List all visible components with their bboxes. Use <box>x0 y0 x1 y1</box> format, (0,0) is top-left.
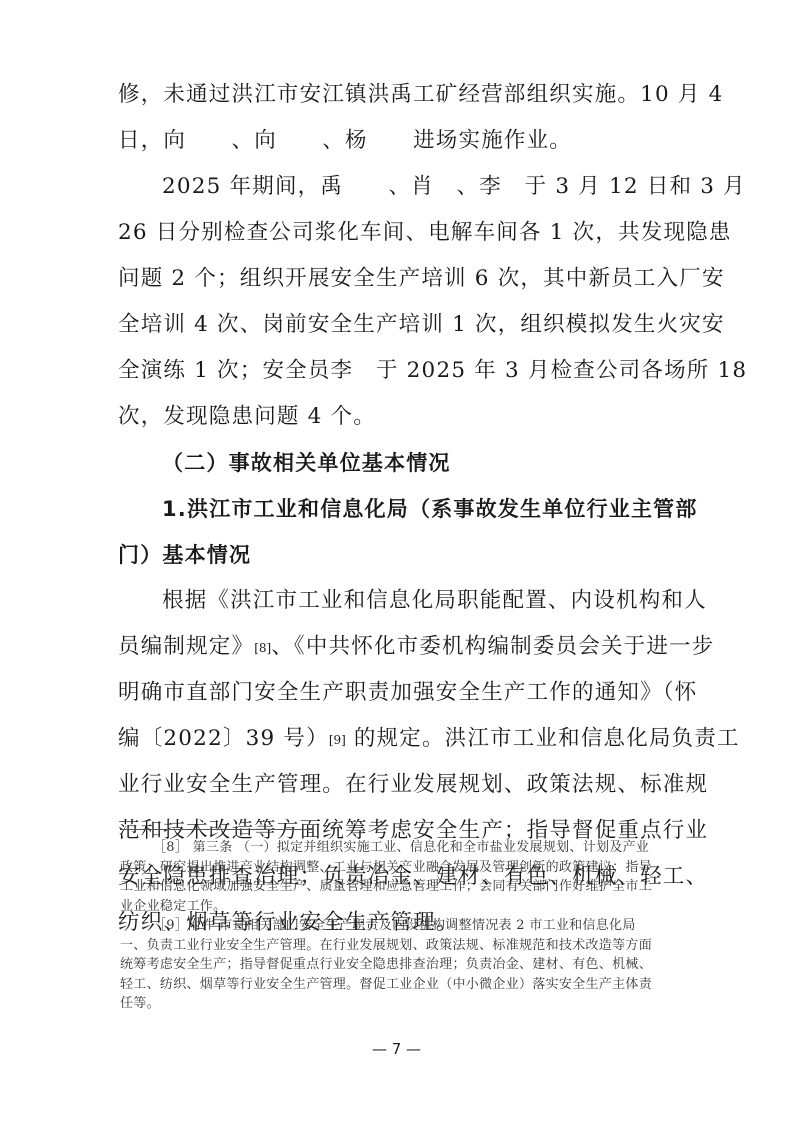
body-line: 日，向 、向 、杨 进场实施作业。 <box>118 118 675 164</box>
body-line: 次，发现隐患问题 4 个。 <box>118 394 675 440</box>
text: 编〔2022〕39 号） <box>118 726 329 751</box>
body-line: 员编制规定》[8]、《中共怀化市委机构编制委员会关于进一步 <box>118 624 675 670</box>
text: 、《中共怀化市委机构编制委员会关于进一步 <box>271 634 714 659</box>
subsection-heading-cont: 门）基本情况 <box>118 532 675 578</box>
footnote-line: ［8］ 第三条 （一）拟定并组织实施工业、信息化和全市盐业发展规划、计划及产业 <box>120 838 680 858</box>
body-line: 业行业安全生产管理。在行业发展规划、政策法规、标准规 <box>118 762 675 808</box>
footnote-8: ［8］ 第三条 （一）拟定并组织实施工业、信息化和全市盐业发展规划、计划及产业 … <box>120 838 680 916</box>
footnote-line: 任等。 <box>120 994 680 1014</box>
body-line: 2025 年期间，禹 、肖 、李 于 3 月 12 日和 3 月 <box>118 164 675 210</box>
footnote-line: ［9］附件 市直相关部门安全生产职责及内设机构调整情况表 2 市工业和信息化局 <box>120 916 680 936</box>
text: 员编制规定》 <box>118 634 254 659</box>
body-text: 修，未通过洪江市安江镇洪禹工矿经营部组织实施。10 月 4 日，向 、向 、杨 … <box>118 72 675 946</box>
footnote-ref-9[interactable]: [9] <box>329 733 346 747</box>
footnote-line: 轻工、纺织、烟草等行业安全生产管理。督促工业企业（中小微企业）落实安全生产主体责 <box>120 975 680 995</box>
footnotes: ［8］ 第三条 （一）拟定并组织实施工业、信息化和全市盐业发展规划、计划及产业 … <box>120 838 680 1014</box>
footnote-9: ［9］附件 市直相关部门安全生产职责及内设机构调整情况表 2 市工业和信息化局 … <box>120 916 680 1014</box>
body-line: 根据《洪江市工业和信息化局职能配置、内设机构和人 <box>118 578 675 624</box>
body-line: 问题 2 个；组织开展安全生产培训 6 次，其中新员工入厂安 <box>118 256 675 302</box>
body-line: 26 日分别检查公司浆化车间、电解车间各 1 次，共发现隐患 <box>118 210 675 256</box>
footnote-line: 业企业稳定工作。 <box>120 897 680 917</box>
text: 的规定。洪江市工业和信息化局负责工 <box>346 726 740 751</box>
body-line: 全培训 4 次、岗前安全生产培训 1 次，组织模拟发生火灾安 <box>118 302 675 348</box>
section-heading: （二）事故相关单位基本情况 <box>118 440 675 486</box>
body-line: 明确市直部门安全生产职责加强安全生产工作的通知》（怀 <box>118 670 675 716</box>
footnote-line: 政策；研究提出推进产业结构调整、工业与相关产业融合发展及管理创新的政策建议；指导 <box>120 858 680 878</box>
footnote-line: 一、负责工业行业安全生产管理。在行业发展规划、政策法规、标准规范和技术改造等方面 <box>120 936 680 956</box>
body-line: 编〔2022〕39 号）[9] 的规定。洪江市工业和信息化局负责工 <box>118 716 675 762</box>
footnote-line: 工业和信息化领域加强安全生产、质量管理和应急管理工作；会同有关部门作好维护全市工 <box>120 877 680 897</box>
document-page: 修，未通过洪江市安江镇洪禹工矿经营部组织实施。10 月 4 日，向 、向 、杨 … <box>0 0 793 1122</box>
footnote-line: 统筹考虑安全生产；指导督促重点行业安全隐患排查治理；负责冶金、建材、有色、机械、 <box>120 955 680 975</box>
body-line: 全演练 1 次；安全员李 于 2025 年 3 月检查公司各场所 18 <box>118 348 675 394</box>
body-line: 修，未通过洪江市安江镇洪禹工矿经营部组织实施。10 月 4 <box>118 72 675 118</box>
footnote-separator <box>120 829 312 830</box>
footnote-ref-8[interactable]: [8] <box>254 641 271 655</box>
page-number: — 7 — <box>0 1040 793 1058</box>
subsection-heading: 1.洪江市工业和信息化局（系事故发生单位行业主管部 <box>118 486 675 532</box>
